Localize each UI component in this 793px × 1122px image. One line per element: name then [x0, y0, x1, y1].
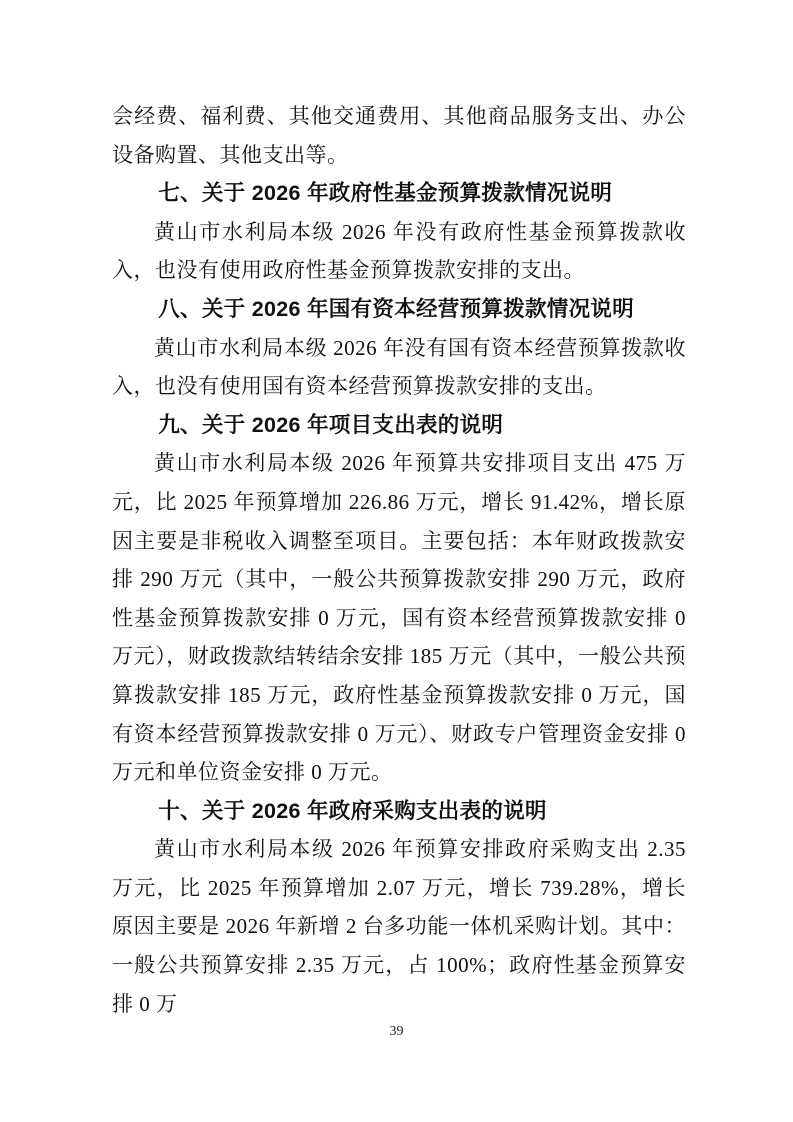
paragraph: 黄山市水利局本级 2026 年没有政府性基金预算拨款收入，也没有使用政府性基金预…: [112, 213, 686, 290]
page-number: 39: [390, 1024, 404, 1039]
paragraph: 黄山市水利局本级 2026 年预算共安排项目支出 475 万元，比 2025 年…: [112, 444, 686, 791]
paragraph: 黄山市水利局本级 2026 年没有国有资本经营预算拨款收入，也没有使用国有资本经…: [112, 329, 686, 406]
section-heading: 九、关于 2026 年项目支出表的说明: [112, 406, 686, 445]
paragraph: 会经费、福利费、其他交通费用、其他商品服务支出、办公设备购置、其他支出等。: [112, 97, 686, 174]
document-page: 会经费、福利费、其他交通费用、其他商品服务支出、办公设备购置、其他支出等。七、关…: [0, 0, 793, 1122]
page-footer: 39: [0, 1024, 793, 1040]
document-body: 会经费、福利费、其他交通费用、其他商品服务支出、办公设备购置、其他支出等。七、关…: [112, 97, 686, 1023]
section-heading: 十、关于 2026 年政府采购支出表的说明: [112, 792, 686, 831]
section-heading: 七、关于 2026 年政府性基金预算拨款情况说明: [112, 174, 686, 213]
section-heading: 八、关于 2026 年国有资本经营预算拨款情况说明: [112, 290, 686, 329]
paragraph: 黄山市水利局本级 2026 年预算安排政府采购支出 2.35 万元，比 2025…: [112, 830, 686, 1023]
